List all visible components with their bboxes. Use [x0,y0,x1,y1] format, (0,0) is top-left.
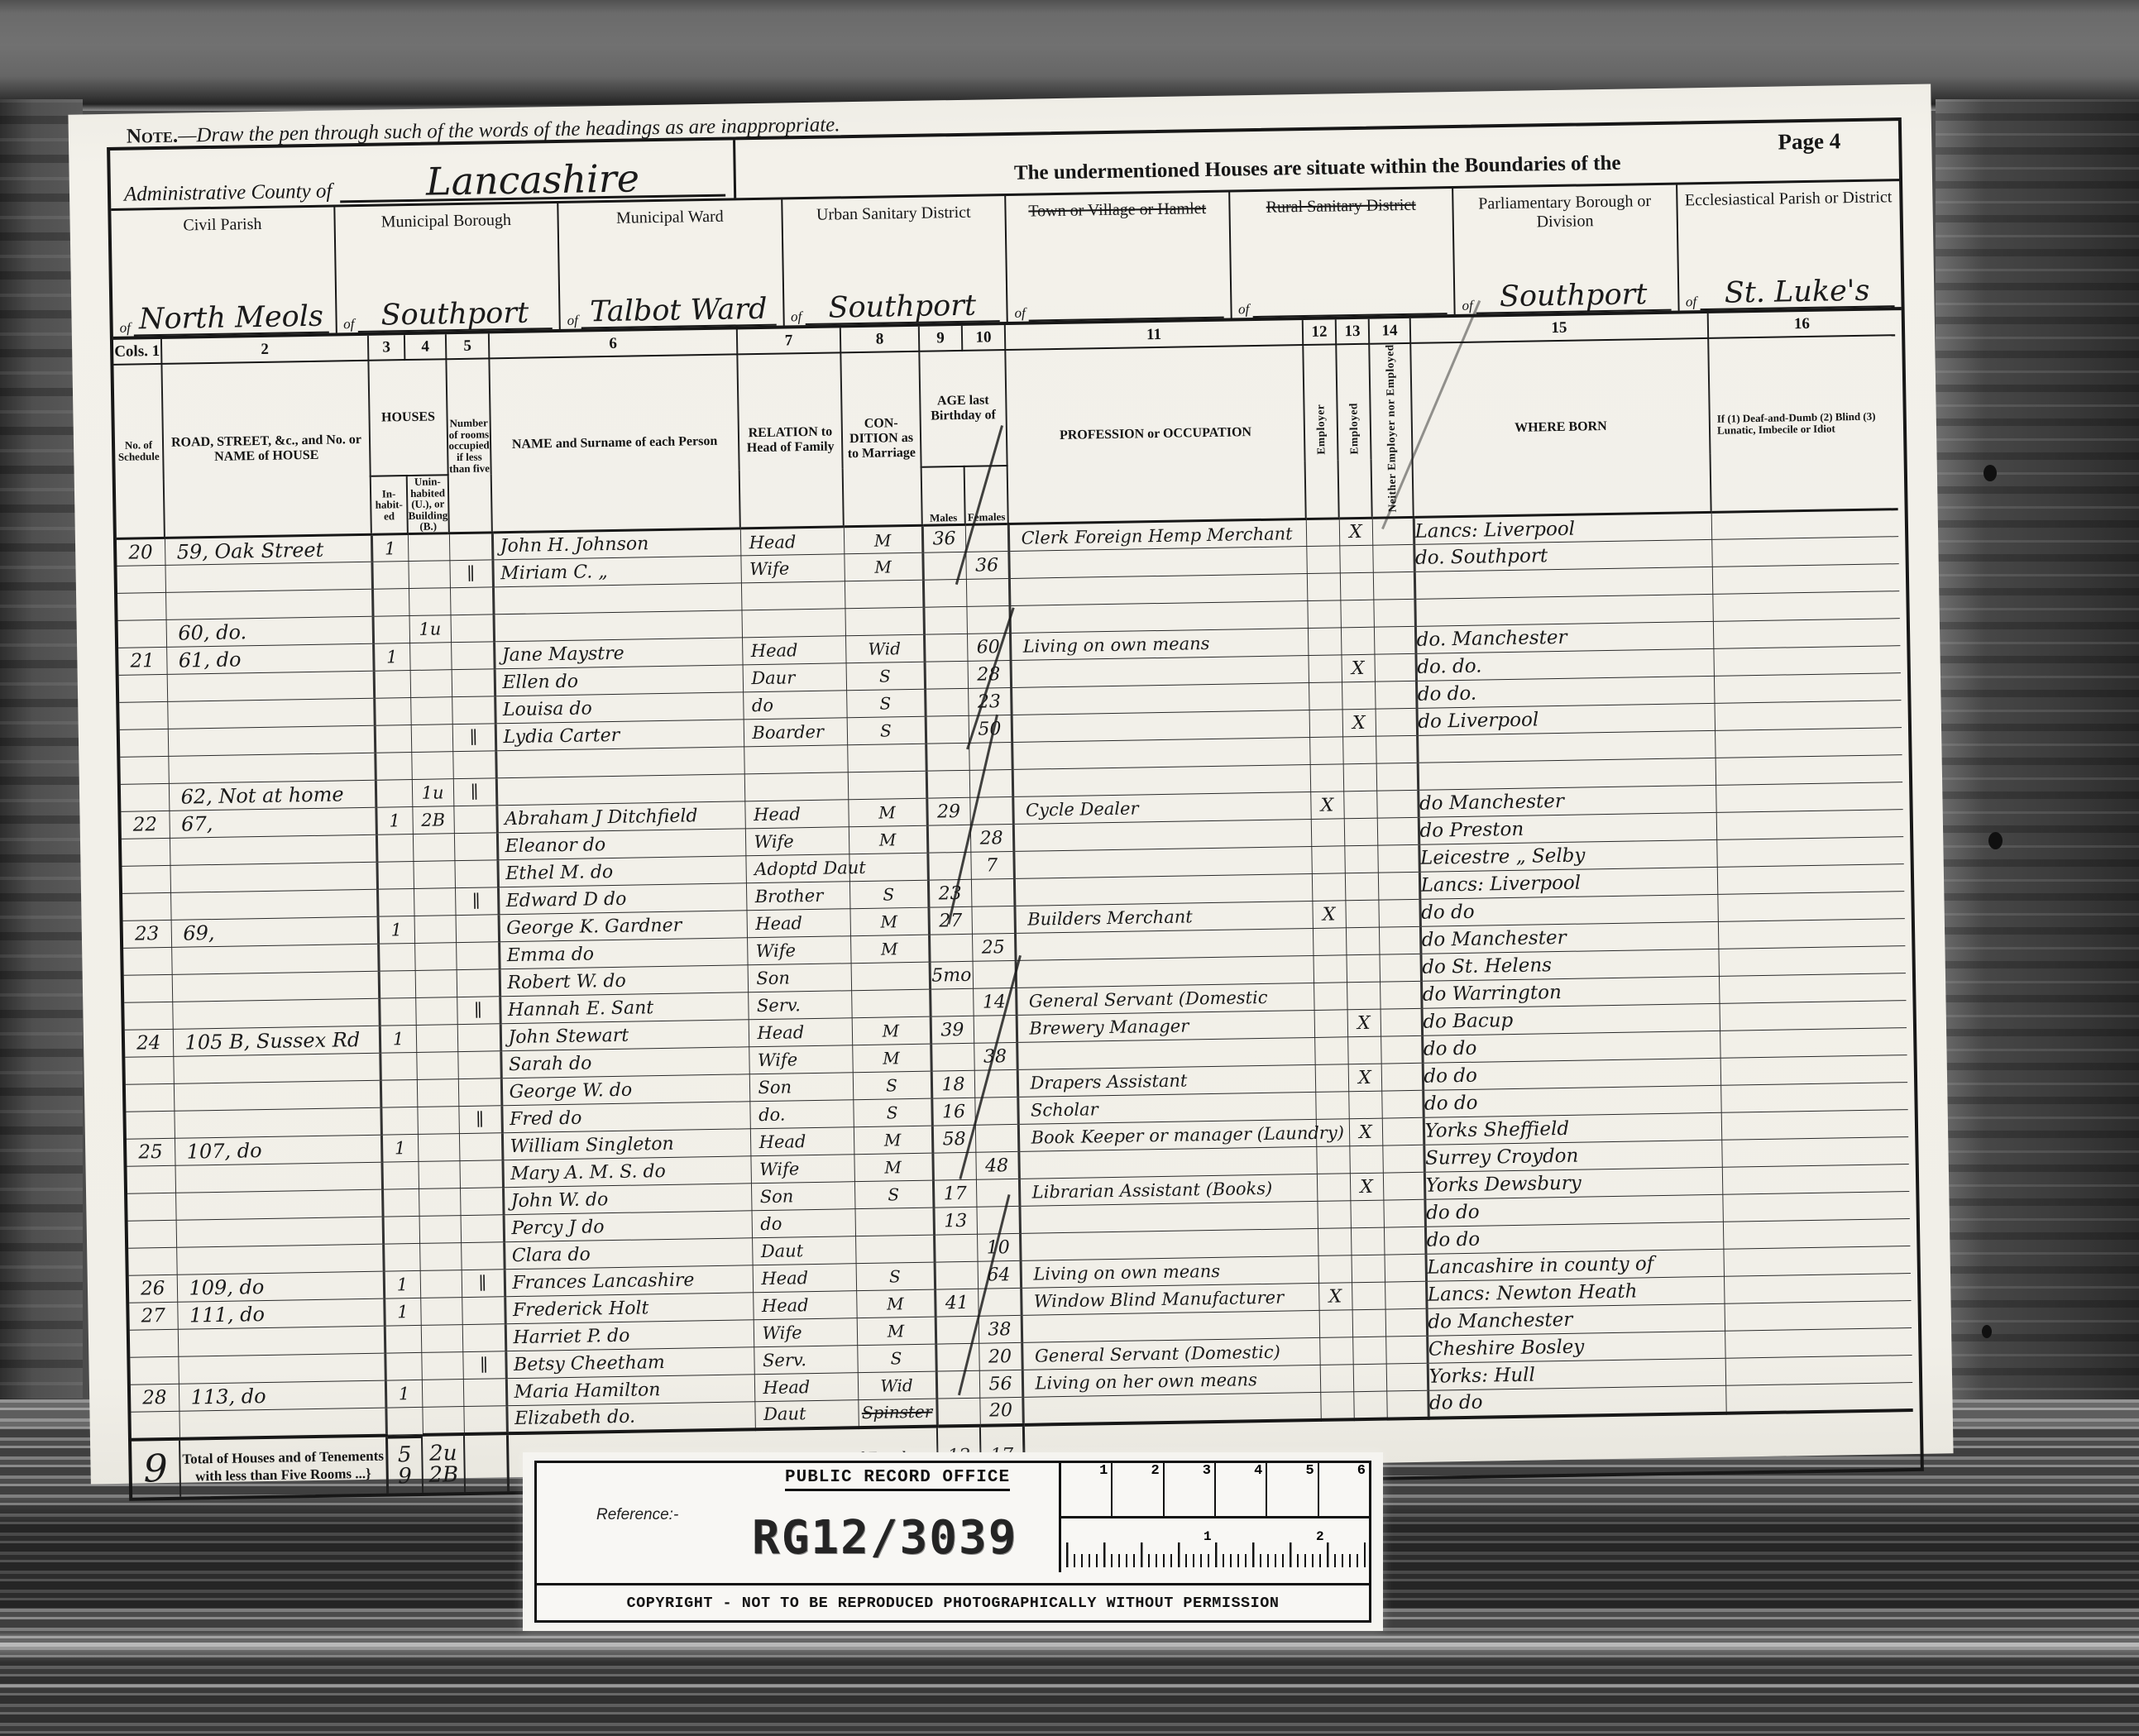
totals-schedule: 9 [143,1446,168,1490]
cell: M [854,1126,933,1155]
cell: 48 [975,1152,1019,1180]
cell: Edward D do [498,883,747,915]
cell [1339,545,1373,573]
cell [1720,1028,1907,1059]
cell [1716,782,1903,813]
ruler-scale-top: 123456 [1061,1463,1369,1518]
cell [741,609,845,638]
cell [376,780,413,808]
cell [496,774,745,806]
cell [381,1162,419,1190]
district-of: of [1686,294,1701,310]
film-band-right [1936,99,2139,1439]
ruler-number: 1 [1203,1529,1212,1544]
cell: Head [754,1373,859,1402]
cell [126,1083,175,1112]
cell [419,1243,462,1271]
cell: X [1339,518,1373,546]
cell [936,1343,979,1371]
punch-hole [1982,1325,1992,1338]
cell [1308,655,1342,683]
cell: 20 [979,1342,1022,1370]
cell [1382,1145,1424,1173]
cell [128,1247,177,1275]
subheader-males: Males [921,466,965,526]
cell [1714,673,1902,704]
cell [376,862,414,890]
cell: 28 [131,1384,179,1412]
cell [460,1188,504,1216]
cell [168,753,376,783]
cell [414,916,457,944]
cell: 23 [123,920,172,948]
cell: do [743,691,847,720]
cell [410,697,452,725]
cell [1309,682,1342,710]
cell [1385,1281,1427,1309]
cell [461,1242,505,1270]
cell: Frances Lancashire [505,1265,754,1297]
district-value [1252,313,1447,318]
cell: ∥ [449,560,493,588]
punch-hole [1983,465,1997,481]
cell [458,1078,502,1107]
cell: 29 [926,797,970,825]
cell [422,1407,464,1435]
cell [1723,1219,1911,1250]
cell [451,615,495,643]
cell [372,589,409,617]
cell: Head [744,800,849,829]
cell [174,1107,381,1138]
cell [845,580,924,609]
cell [926,743,969,771]
cell [119,675,168,703]
cell: S [846,662,926,691]
cell: S [849,880,929,909]
cell [172,971,380,1002]
cell [385,1326,422,1354]
cell: 1 [385,1380,423,1408]
col-header-rooms: Number of rooms occupied if less than fi… [446,358,491,533]
cell: Harriet P. do [505,1320,754,1351]
cell [1307,600,1341,629]
cell [130,1329,179,1357]
cell [172,998,380,1029]
cell [1718,919,1906,949]
cell [375,753,412,781]
cell [127,1193,176,1221]
cell [415,997,457,1026]
cell: 28 [970,825,1014,853]
cell [1372,518,1414,546]
cell [1351,1227,1385,1255]
cell [120,729,169,758]
cell: 38 [979,1316,1022,1344]
cell: George W. do [501,1074,750,1106]
cell [128,1220,177,1248]
cell: X [1310,791,1344,820]
cell [969,770,1013,798]
cell [175,1189,383,1220]
cell: Louisa do [495,692,744,724]
cell: 109, do [177,1271,385,1302]
cell [1724,1274,1912,1304]
district-label: Parliamentary Borough or Division [1458,192,1671,233]
cell [379,998,416,1026]
cell [410,670,452,698]
cell [1720,1055,1908,1086]
pro-reference-strip: PUBLIC RECORD OFFICE Reference:- RG12/30… [523,1452,1383,1631]
cell [463,1406,507,1434]
cell: Brother [746,882,850,911]
cell: Son [749,1073,854,1102]
cell [1711,509,1899,540]
cell: X [1342,709,1376,737]
cell: 113, do [179,1380,386,1411]
cell: Wife [754,1318,858,1347]
col-header-neither: Neither Employer nor Employed [1369,343,1413,518]
cell: 41 [935,1289,979,1317]
cell [973,961,1017,989]
cell: M [856,1289,936,1318]
column-number: 16 [1708,310,1895,338]
cell: M [849,825,928,854]
district-value: Southport [1476,280,1671,314]
cell: 17 [933,1179,977,1208]
cell [167,698,375,729]
cell: 61, do [166,643,374,674]
cell [1309,737,1343,765]
district-value: Southport [357,299,553,332]
cell [925,688,969,716]
cell [1352,1282,1385,1310]
district-label: Ecclesiastical Parish or District [1682,188,1895,210]
cell [449,533,493,561]
cell: Wife [747,936,851,965]
cell [1372,545,1414,573]
district-label: Municipal Borough [340,210,553,232]
cell: Wife [745,827,849,856]
cell [1380,981,1422,1009]
cell: Daur [743,663,847,692]
cell [418,1134,460,1162]
cell [131,1411,179,1439]
cell: ∥ [455,887,499,916]
cell: 1 [373,643,410,672]
cell: ∥ [452,724,496,752]
cell [413,861,455,889]
cell [1373,572,1415,600]
cell [1348,1091,1382,1119]
cell [421,1352,463,1380]
cell: Head [753,1291,857,1320]
column-number: 12 [1303,319,1336,345]
cell [1381,1035,1423,1064]
cell: 62, Not at home [169,780,376,811]
district-value: St. Luke's [1700,276,1895,310]
cell [494,610,743,642]
cell [417,1079,459,1107]
cell [1718,946,1906,977]
cell [1374,653,1416,681]
subheader-uninhabited: Unin-habited (U.), or Building (B.) [407,475,449,534]
cell [459,1133,503,1161]
cell [374,698,411,726]
cell [1342,736,1376,764]
district-label: Municipal Ward [563,207,776,229]
cell [971,906,1015,935]
cell: Wife [740,554,845,583]
cell [1376,763,1419,791]
cell [1320,1365,1354,1393]
cell [121,784,170,812]
cell: X [1312,901,1346,929]
cell: M [848,798,927,827]
cell [1720,1001,1907,1031]
cell: Betsy Cheetham [505,1347,754,1379]
cell [408,561,450,589]
cell: Son [748,964,852,992]
cell [124,1002,173,1030]
col-header-infirm: If (1) Deaf-and-Dumb (2) Blind (3) Lunat… [1708,335,1897,512]
col-header-employer: Employer [1303,344,1338,519]
cell [1379,926,1421,954]
column-number: 9 [919,326,962,352]
cell [374,671,411,699]
cell [380,1107,418,1136]
cell: 13 [933,1207,977,1235]
cell [923,579,967,607]
cell: 1 [381,1135,419,1163]
district-of: of [1014,305,1029,322]
cell [1341,627,1375,655]
cell [118,620,167,648]
cell [1344,818,1378,846]
ruler-cell: 5 [1267,1463,1318,1516]
district-of: of [1238,301,1253,318]
cell: M [857,1317,936,1346]
cell [1319,1337,1353,1365]
cell: 1u [412,779,454,807]
cell [416,1025,458,1053]
cell: Eleanor do [497,829,746,860]
cell [453,806,497,834]
cell [1723,1246,1911,1277]
cell: 5mo [930,961,974,989]
cell [1313,955,1347,983]
cell [1382,1117,1424,1145]
cell [1381,1090,1424,1118]
cell: 60, do. [166,616,374,647]
cell [122,892,171,921]
cell: Fred do [501,1102,750,1133]
cell: 1 [378,916,415,945]
totals-inhabited: 5 9 [387,1435,423,1494]
cell [932,1152,976,1180]
cell [976,1179,1020,1208]
cell [1377,844,1419,873]
cell: William Singleton [502,1129,751,1160]
cell [1386,1363,1428,1391]
cell [1715,701,1902,731]
cell: Head [740,527,845,556]
ruler-cell: 6 [1319,1463,1369,1516]
column-number: 7 [737,328,840,354]
cell [966,579,1010,607]
cell: Emma do [499,938,748,969]
cell [462,1324,506,1352]
ruler-number: 2 [1316,1529,1324,1544]
cell: Serv. [748,991,852,1020]
cell: 24 [125,1029,174,1057]
cell [1346,927,1380,955]
cell: Clara do [504,1238,753,1270]
cell: ∥ [458,1106,502,1134]
cell [452,696,495,725]
cell [1316,1146,1350,1174]
cell [493,583,742,615]
census-form: Administrative County of Lancashire The … [107,117,1924,1501]
cell [1721,1137,1909,1168]
cell [1306,546,1340,574]
cell: Head [750,1127,854,1156]
district-value [1029,317,1223,322]
cell [1320,1392,1354,1420]
cell: 56 [979,1370,1023,1398]
column-number: 14 [1369,318,1410,344]
cell: Ellen do [495,665,744,696]
cell: John Stewart [500,1020,749,1051]
cell [457,969,500,997]
cell [1353,1364,1387,1392]
cell [1712,564,1900,595]
cell [450,587,494,615]
cell: ∥ [453,778,497,806]
cell: S [853,1071,932,1100]
cell [378,944,415,972]
cell: Wid [845,634,925,663]
cell [1309,710,1343,738]
cell [1376,708,1418,736]
cell [176,1244,384,1275]
cell [373,616,410,644]
cell [125,1056,174,1084]
cell [454,860,498,888]
cell [119,702,168,730]
cell [130,1356,179,1384]
cell: 1u [409,615,452,643]
cell: S [856,1262,936,1291]
subheader-inhabited: In-habit-ed [371,476,408,534]
cell: S [846,689,926,718]
cell [171,944,379,974]
cell [971,879,1015,907]
cell [419,1216,462,1244]
cell [1721,1110,1909,1141]
film-bright-streak [0,1684,2139,1687]
cell [170,835,377,865]
cell [462,1297,505,1325]
cell [165,589,373,619]
cell: Wife [750,1155,854,1184]
cell [936,1398,980,1426]
cell [127,1165,176,1193]
cell [1314,1037,1348,1065]
cell [1717,864,1905,895]
cell [1345,873,1379,901]
cell: ∥ [462,1351,506,1380]
cell [1725,1328,1912,1359]
cell [411,752,453,780]
cell: Abraham J Ditchfield [496,801,745,833]
cell: Spinster [858,1399,937,1428]
cell [1350,1200,1384,1228]
cell: 23 [968,688,1012,716]
ruler-ticks-major [1066,1542,1366,1567]
cell [1376,735,1418,763]
cell [1306,519,1340,547]
cell [463,1379,507,1407]
cell [1312,873,1346,901]
col-header-relation: RELATION to Head of Family [737,352,843,528]
cell: 69, [171,916,379,947]
district-label: Town or Village or Hamlet [1011,199,1223,222]
cell [413,834,455,862]
cell [1349,1145,1383,1174]
cell [414,943,457,971]
cell [1711,537,1899,567]
column-number: 10 [962,325,1005,351]
cell [120,757,169,785]
cell: S [857,1344,936,1373]
cell [383,1217,420,1245]
cell: Maria Hamilton [506,1375,755,1406]
cell [1716,837,1904,868]
cell [851,989,931,1018]
cell [1374,626,1416,654]
cell: Adoptd Daut [745,854,849,883]
cell: M [852,1044,931,1073]
cell [975,1125,1019,1153]
cell [417,1107,459,1135]
cell: 26 [129,1275,178,1303]
district-box: Town or Village or Hamletof [1006,193,1232,322]
cell [1376,790,1419,818]
cell: 21 [118,648,167,676]
copyright-line: COPYRIGHT - NOT TO BE REPRODUCED PHOTOGR… [537,1583,1369,1620]
cell: 20 [979,1397,1023,1425]
cell [1717,892,1905,922]
film-band-left [0,99,83,1456]
admin-county-box: Administrative County of Lancashire [110,140,736,208]
cell [926,770,970,798]
cell [1378,872,1420,900]
cell: 67, [169,807,376,838]
cell [461,1215,505,1243]
column-number: 3 [368,335,404,361]
cell: Percy J do [504,1211,753,1242]
cell [419,1188,461,1217]
cell: X [1318,1283,1352,1311]
cell [123,947,172,975]
cell [741,581,845,610]
cell [1314,1010,1348,1038]
page-number: Page 4 [1778,128,1840,155]
cell: 27 [129,1302,178,1330]
cell: Miriam C. „ [492,556,741,587]
cell: M [844,525,923,554]
